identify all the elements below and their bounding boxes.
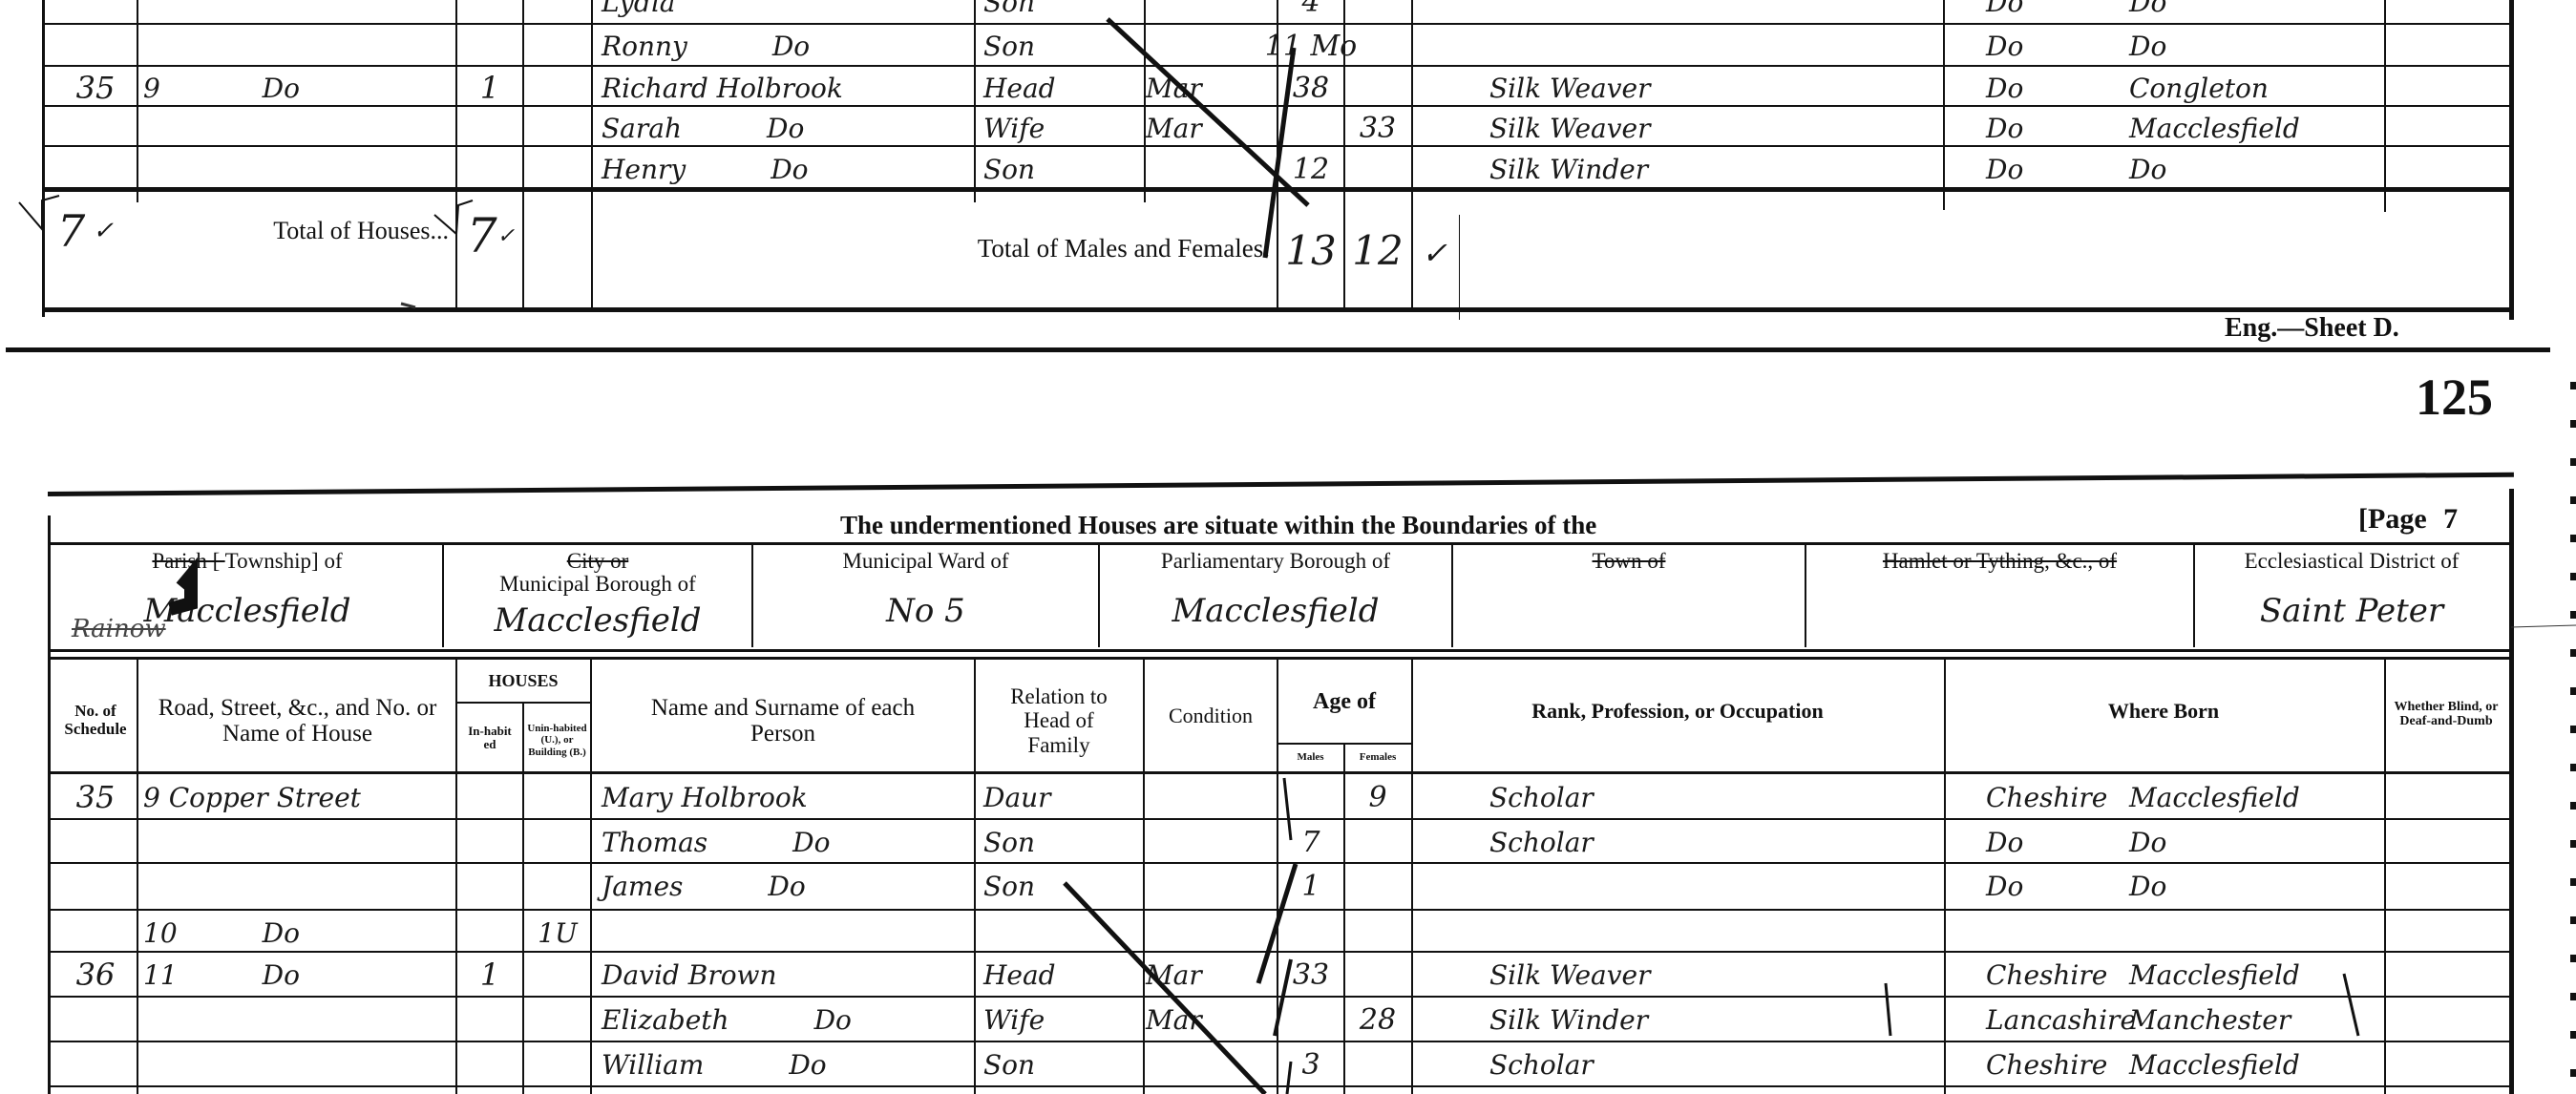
tally-strokes-lower [0,0,2576,1094]
